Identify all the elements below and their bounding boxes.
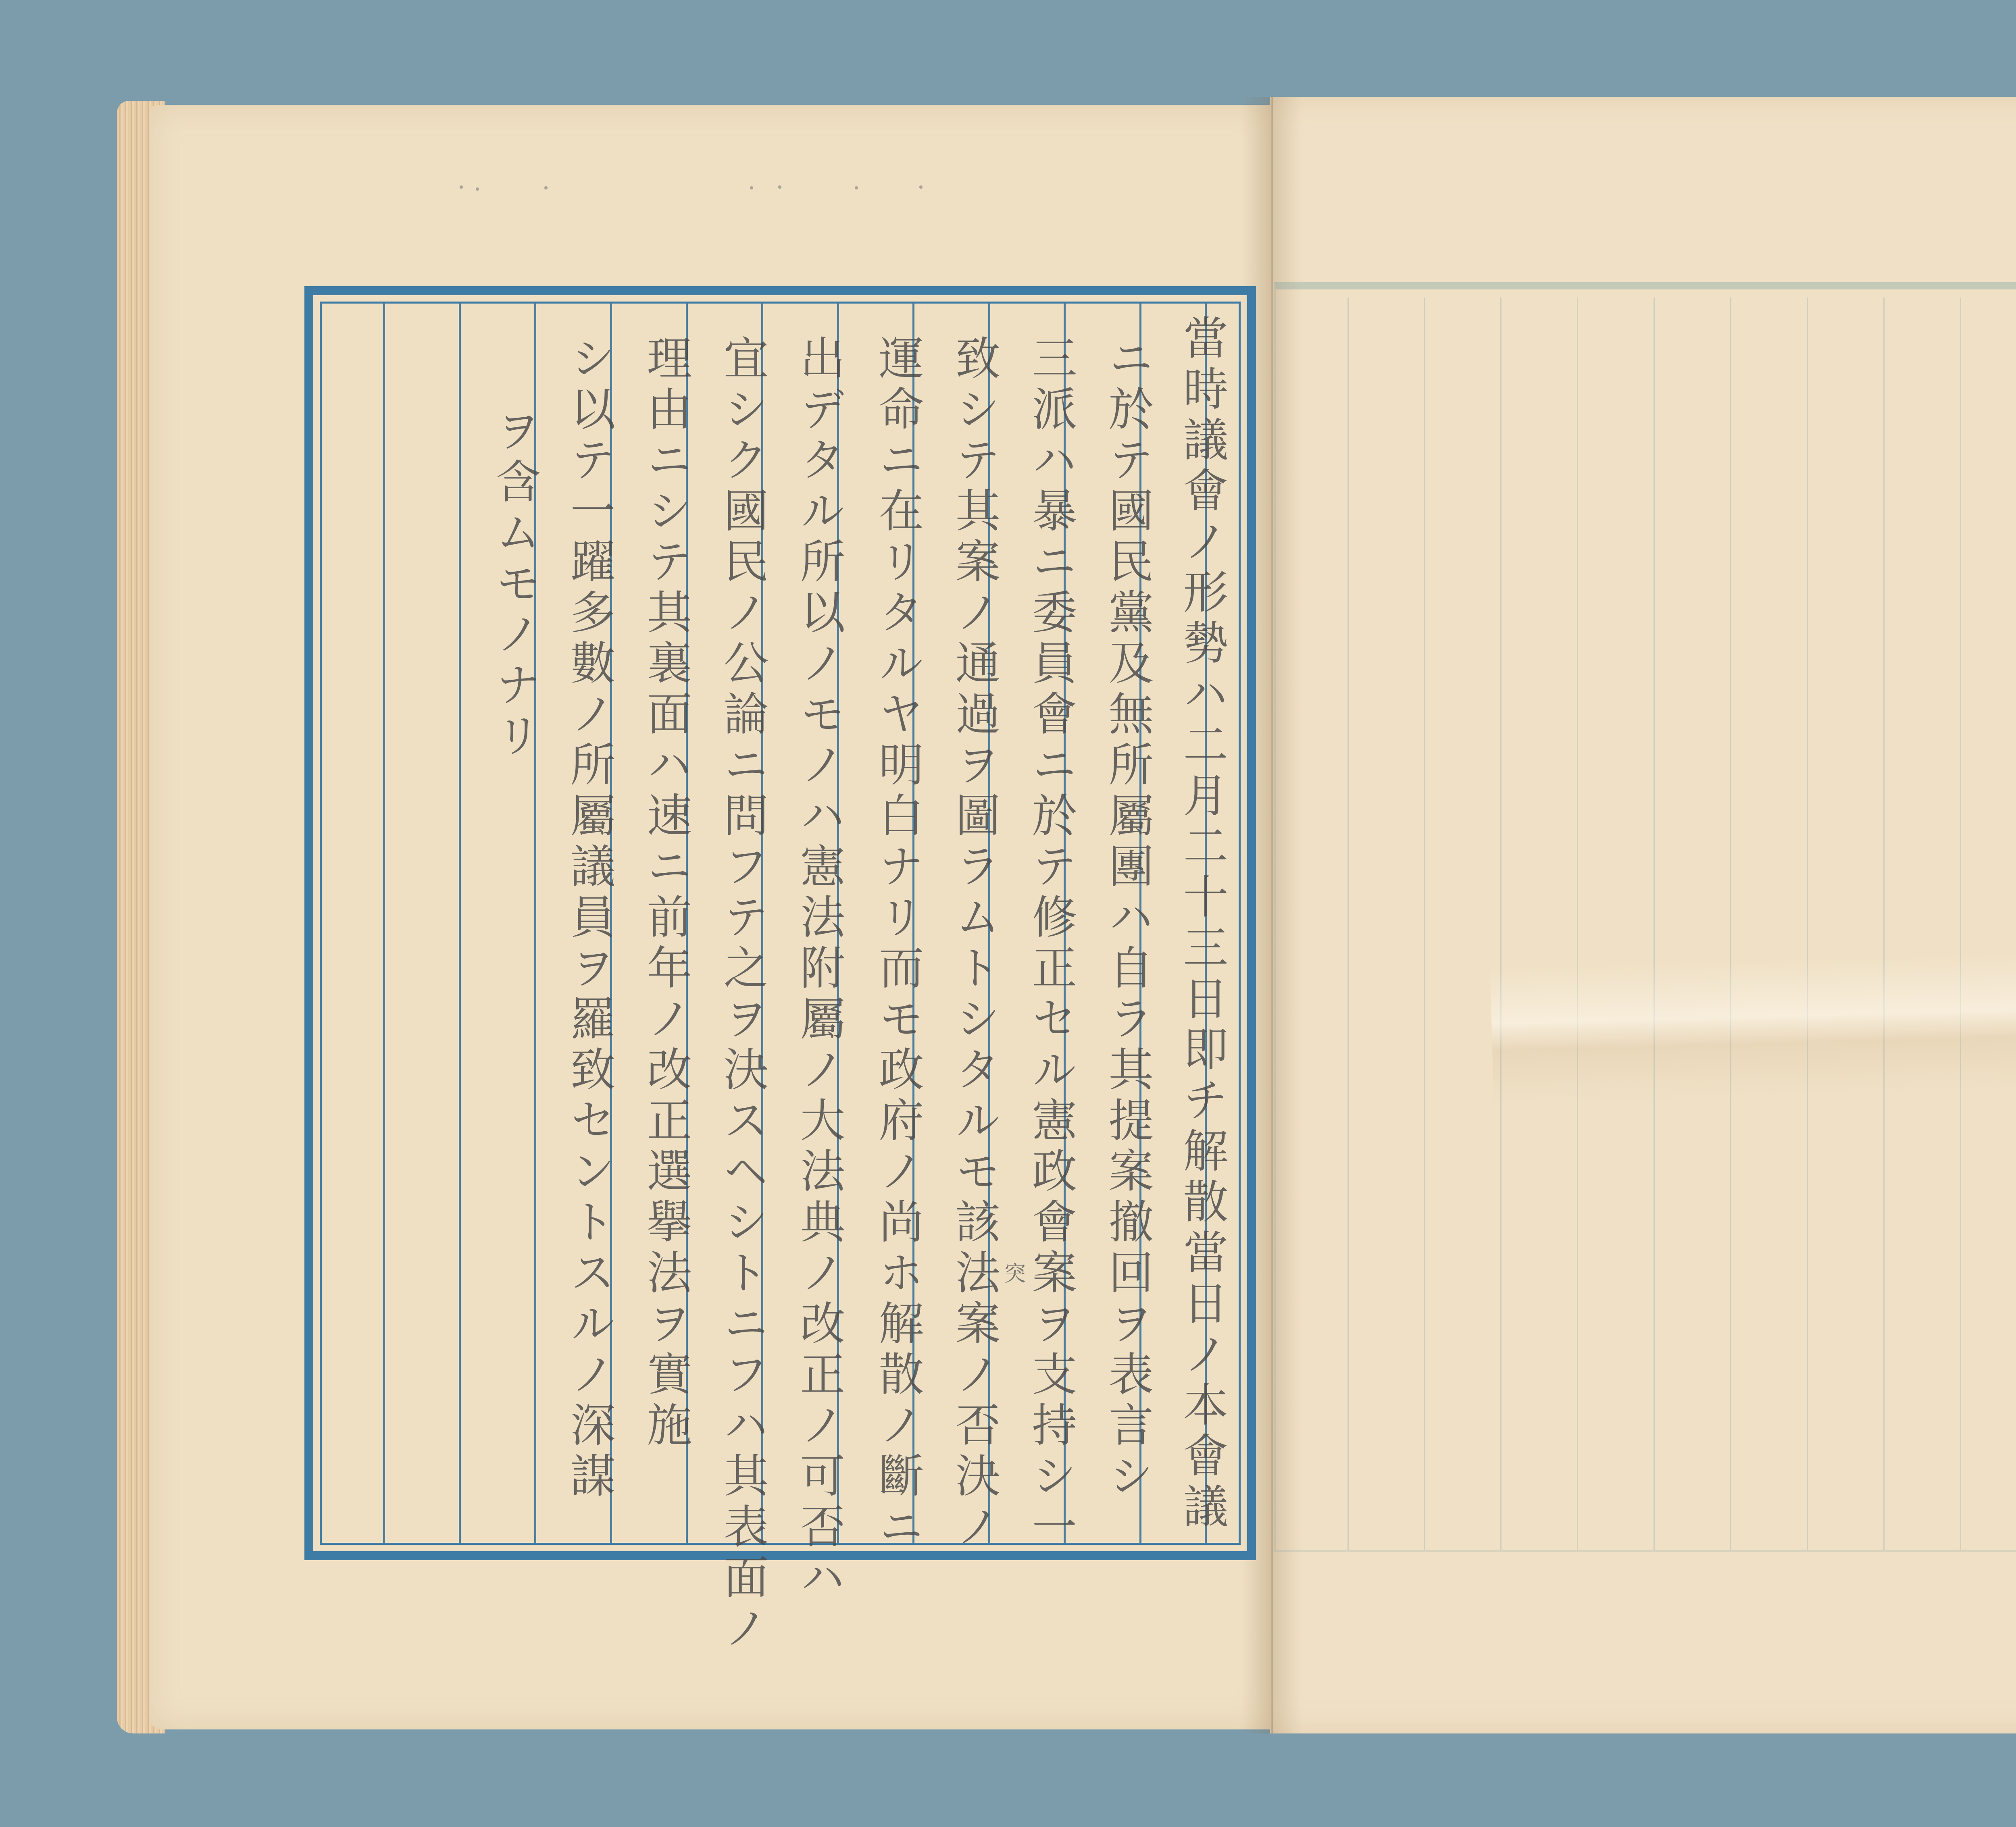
faint-column-rule bbox=[1347, 298, 1349, 1550]
faint-column-rule bbox=[1730, 298, 1731, 1550]
faint-column-rule bbox=[1500, 298, 1502, 1550]
marginal-note: 突 bbox=[998, 1262, 1029, 1284]
ink-speck bbox=[476, 187, 479, 191]
handwritten-column-4: 致シテ其案ノ通過ヲ圖ラムトシタルモ該法案ノ否決ノ bbox=[952, 335, 997, 1554]
faint-column-rule bbox=[1654, 298, 1655, 1550]
ink-speck bbox=[919, 185, 923, 189]
faint-column-rule bbox=[1960, 298, 1961, 1550]
ink-speck bbox=[778, 185, 781, 189]
ink-speck bbox=[855, 186, 858, 189]
handwritten-column-7: 宜シク國民ノ公論ニ問フテ之ヲ決スヘシトニフハ其表面ノ bbox=[720, 335, 765, 1655]
column-rule bbox=[459, 304, 461, 1543]
ink-speck bbox=[460, 185, 463, 189]
handwritten-column-1: 當時議會ノ形勢ハ二月二十三日即チ解散當日ノ本會議 bbox=[1179, 314, 1225, 1534]
ink-speck bbox=[544, 186, 548, 189]
handwritten-column-10: ヲ含ムモノナリ bbox=[492, 407, 537, 763]
handwritten-column-3: 三派ハ暴ニ委員會ニ於テ修正セル憲政會案ヲ支持シ一 bbox=[1028, 335, 1073, 1554]
handwritten-column-5: 運命ニ在リタルヤ明白ナリ而モ政府ノ尚ホ解散ノ斷ニ bbox=[875, 335, 920, 1554]
faint-column-rule bbox=[1424, 298, 1425, 1550]
handwritten-column-2: ニ於テ國民黨及無所屬團ハ自ラ其提案撤回ヲ表言シ bbox=[1105, 335, 1150, 1503]
ink-speck bbox=[750, 186, 753, 189]
faint-column-rule bbox=[1807, 298, 1808, 1550]
faint-column-rule bbox=[1577, 298, 1578, 1550]
handwritten-column-6: 出デタル所以ノモノハ憲法附屬ノ大法典ノ改正ノ可否ハ bbox=[796, 335, 841, 1604]
paper-crease bbox=[1490, 951, 2016, 1105]
column-rule bbox=[383, 304, 385, 1543]
handwritten-column-8: 理由ニシテ其裏面ハ速ニ前年ノ改正選擧法ヲ實施 bbox=[643, 335, 688, 1452]
open-book-spread: 當時議會ノ形勢ハ二月二十三日即チ解散當日ノ本會議 ニ於テ國民黨及無所屬團ハ自ラ其… bbox=[0, 0, 2016, 1827]
right-page-faint-frame bbox=[1274, 282, 2016, 1552]
faint-column-rule bbox=[1883, 298, 1885, 1550]
handwritten-column-9: シ以テ一躍多數ノ所屬議員ヲ羅致セントスルノ深謀 bbox=[566, 335, 612, 1503]
